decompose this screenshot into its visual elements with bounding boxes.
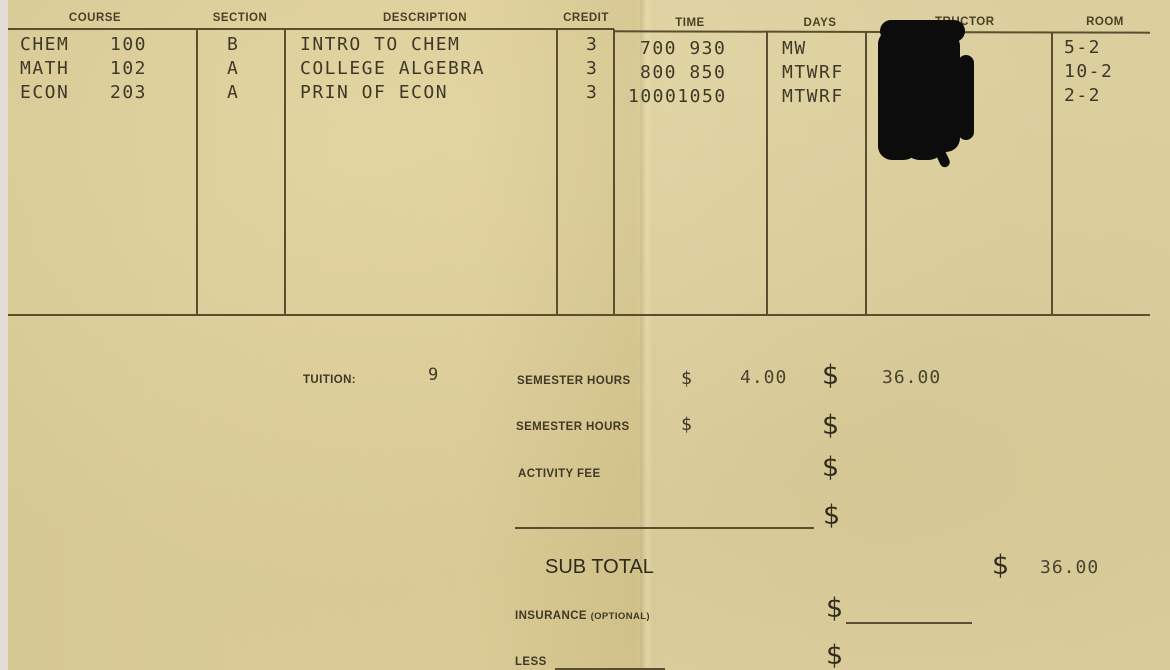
total-currency-1: $ — [822, 360, 839, 391]
semester-hours-label-1: SEMESTER HOURS — [517, 375, 631, 387]
description: PRIN OF ECON — [300, 81, 448, 105]
section: A — [227, 81, 239, 105]
description: INTRO TO CHEM — [300, 33, 460, 57]
tuition-hours: 9 — [428, 364, 440, 388]
insurance-currency: $ — [826, 593, 843, 624]
paper-edge — [0, 0, 8, 670]
subtotal-currency: $ — [992, 550, 1009, 581]
room: 10-2 — [1064, 60, 1113, 84]
blank-fee-currency: $ — [823, 500, 840, 531]
credit: 3 — [586, 57, 598, 81]
course-dept: CHEM — [20, 33, 69, 57]
header-credit: CREDIT — [558, 12, 614, 24]
subtotal-label: SUB TOTAL — [545, 556, 654, 579]
course-dept: MATH — [20, 57, 69, 81]
course-number: 203 — [110, 81, 147, 105]
header-days: DAYS — [780, 17, 860, 29]
course-number: 102 — [110, 57, 147, 81]
days: MW — [782, 37, 807, 61]
header-section: SECTION — [200, 12, 280, 24]
less-label: LESS — [515, 656, 547, 668]
semester-hours-label-2: SEMESTER HOURS — [516, 421, 630, 433]
activity-fee-currency: $ — [822, 452, 839, 483]
time: 800 850 — [640, 61, 726, 85]
insurance-label: INSURANCE (OPTIONAL) — [515, 610, 650, 622]
credit: 3 — [586, 81, 598, 105]
divider-instructor — [865, 32, 867, 315]
tuition-label: TUITION: — [303, 374, 356, 386]
room: 2-2 — [1064, 84, 1101, 108]
section: A — [227, 57, 239, 81]
less-currency: $ — [826, 640, 843, 670]
insurance-label-text: INSURANCE — [515, 610, 587, 622]
activity-fee-label: ACTIVITY FEE — [518, 468, 601, 480]
days: MTWRF — [782, 61, 844, 85]
rate-per-hour: 4.00 — [740, 367, 787, 388]
total-currency-2: $ — [822, 410, 839, 441]
blank-fee-line[interactable] — [515, 527, 814, 529]
header-description: DESCRIPTION — [340, 12, 510, 24]
divider-days — [766, 32, 768, 315]
header-time: TIME — [650, 17, 730, 29]
divider-credit — [556, 29, 558, 315]
insurance-optional-note: (OPTIONAL) — [591, 611, 650, 622]
days: MTWRF — [782, 85, 844, 109]
header-rule-left — [8, 28, 614, 30]
rate-currency-1: $ — [681, 368, 692, 389]
tuition-total: 36.00 — [882, 367, 941, 388]
subtotal-amount: 36.00 — [1040, 557, 1099, 578]
time: 700 930 — [640, 37, 726, 61]
insurance-amount-line[interactable] — [846, 622, 972, 624]
course-number: 100 — [110, 33, 147, 57]
divider-time — [613, 29, 615, 315]
header-course: COURSE — [40, 12, 150, 24]
room: 5-2 — [1064, 36, 1101, 60]
description: COLLEGE ALGEBRA — [300, 57, 485, 81]
course-dept: ECON — [20, 81, 69, 105]
header-room: ROOM — [1065, 16, 1145, 28]
section: B — [227, 33, 239, 57]
credit: 3 — [586, 33, 598, 57]
rate-currency-2: $ — [681, 414, 692, 435]
divider-room — [1051, 32, 1053, 315]
divider-section — [196, 29, 198, 315]
divider-description — [284, 29, 286, 315]
time: 10001050 — [628, 85, 727, 109]
table-bottom-rule — [8, 314, 1150, 316]
